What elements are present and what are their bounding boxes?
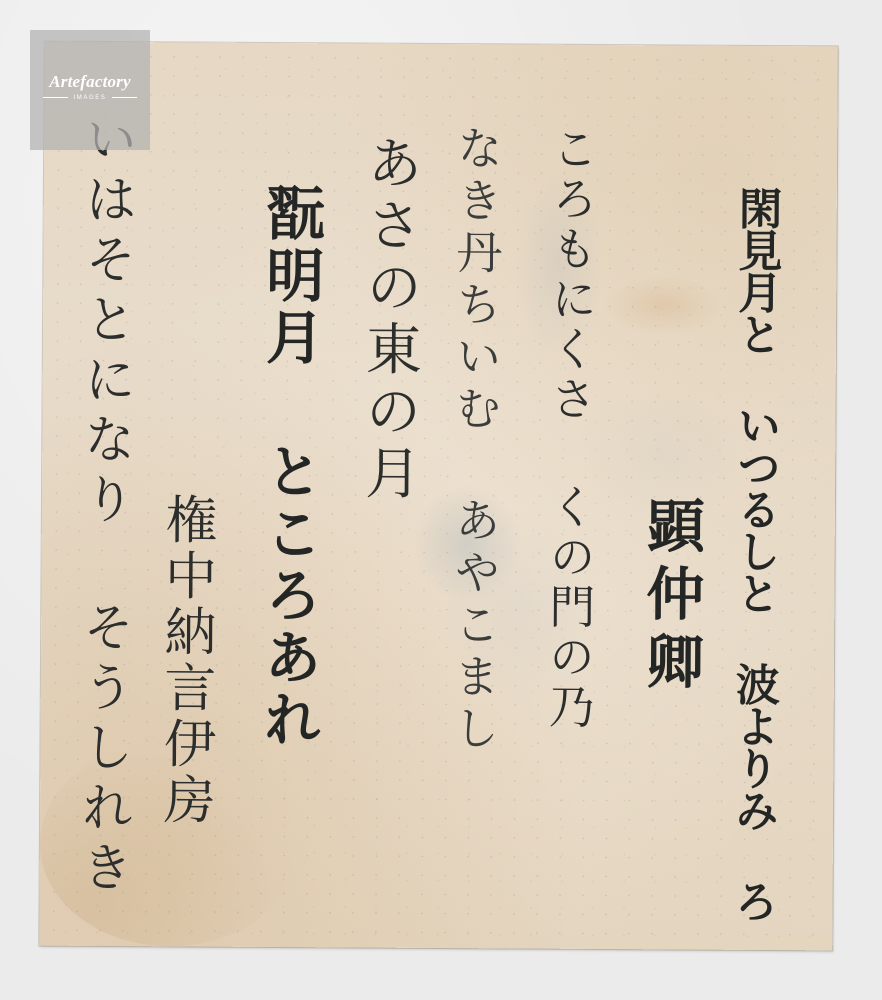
watermark-rule-left: [43, 97, 68, 98]
calligraphy-column-7-signature: 権中納言伊房: [158, 492, 212, 828]
calligraphy-column-6-title: 翫明月 ところあれ: [258, 183, 319, 751]
foxing-stain: [603, 275, 723, 336]
calligraphy-column-1: 閑見月と いつるしと 波よりみ ろ: [730, 186, 778, 886]
calligraphy-column-5: あさの東の月: [360, 134, 418, 506]
calligraphy-column-2-author: 顕仲卿: [641, 495, 700, 699]
watermark-title: Artefactory: [49, 72, 131, 92]
artefactory-watermark: Artefactory IMAGES: [30, 30, 150, 150]
calligraphy-column-3: ころもにくさ くの門の乃: [546, 125, 596, 733]
calligraphy-column-8: いはそとになり そうしれき: [76, 112, 133, 900]
watermark-rule-right: [112, 97, 137, 98]
calligraphy-paper: 閑見月と いつるしと 波よりみ ろ 顕仲卿 ころもにくさ くの門の乃 なき丹ちい…: [39, 42, 838, 951]
calligraphy-column-4: なき丹ちいむ あやこまし: [450, 124, 500, 756]
watermark-subtitle-row: IMAGES: [43, 95, 138, 101]
watermark-subtitle: IMAGES: [74, 95, 107, 101]
